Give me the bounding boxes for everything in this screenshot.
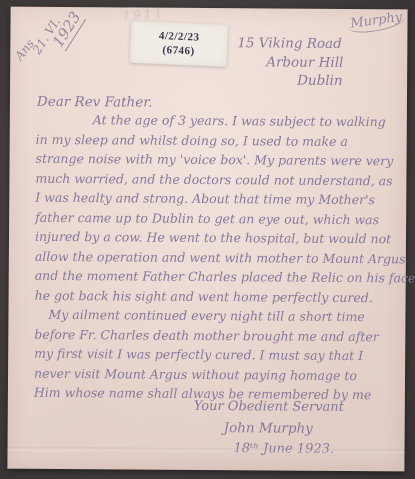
body-line: in my sleep and whilst doing so, I used … [36,129,410,151]
valediction: Your Obedient Servant [194,399,344,415]
body-line: My ailment continued every night till a … [34,305,408,327]
archive-label: 4/2/2/23 (6746) [130,21,229,67]
body-line: allow the operation and went with mother… [35,246,409,268]
body-line: my first visit I was perfectly cured. I … [34,344,408,366]
body-line: At the age of 3 years. I was subject to … [36,110,410,132]
body-line: father came up to Dublin to get an eye o… [35,207,409,229]
letter-body: At the age of 3 years. I was subject to … [34,110,410,405]
address-line-street: 15 Viking Road [237,35,342,52]
body-line: I was healty and strong. About that time… [35,188,409,210]
letter-paper: Ans 21. VI. 1923 1911 4/2/2/23 (6746) Mu… [7,7,407,472]
letter-date: 18ᵗʰ June 1923. [233,441,334,457]
body-line: injured by a cow. He went to the hospita… [35,227,409,249]
fold-crease [8,447,405,454]
body-line: and the moment Father Charles placed the… [35,266,409,288]
body-line: he got back his sight and went home perf… [35,285,409,307]
photo-background: Ans 21. VI. 1923 1911 4/2/2/23 (6746) Mu… [0,0,415,479]
address-line-district: Arbour Hill [266,54,343,71]
address-line-city: Dublin [297,73,343,89]
signature: John Murphy [224,420,313,437]
murphy-pencil-note: Murphy [347,9,407,35]
answered-note-year: 1923 [49,9,86,52]
archive-label-number: (6746) [130,42,228,60]
body-line: before Fr. Charles death mother brought … [34,324,408,346]
salutation: Dear Rev Father. [37,94,153,111]
body-line: strange noise with my 'voice box'. My pa… [35,149,409,171]
body-line: much worried, and the doctors could not … [35,168,409,190]
body-line: never visit Mount Argus without paying h… [34,363,408,385]
